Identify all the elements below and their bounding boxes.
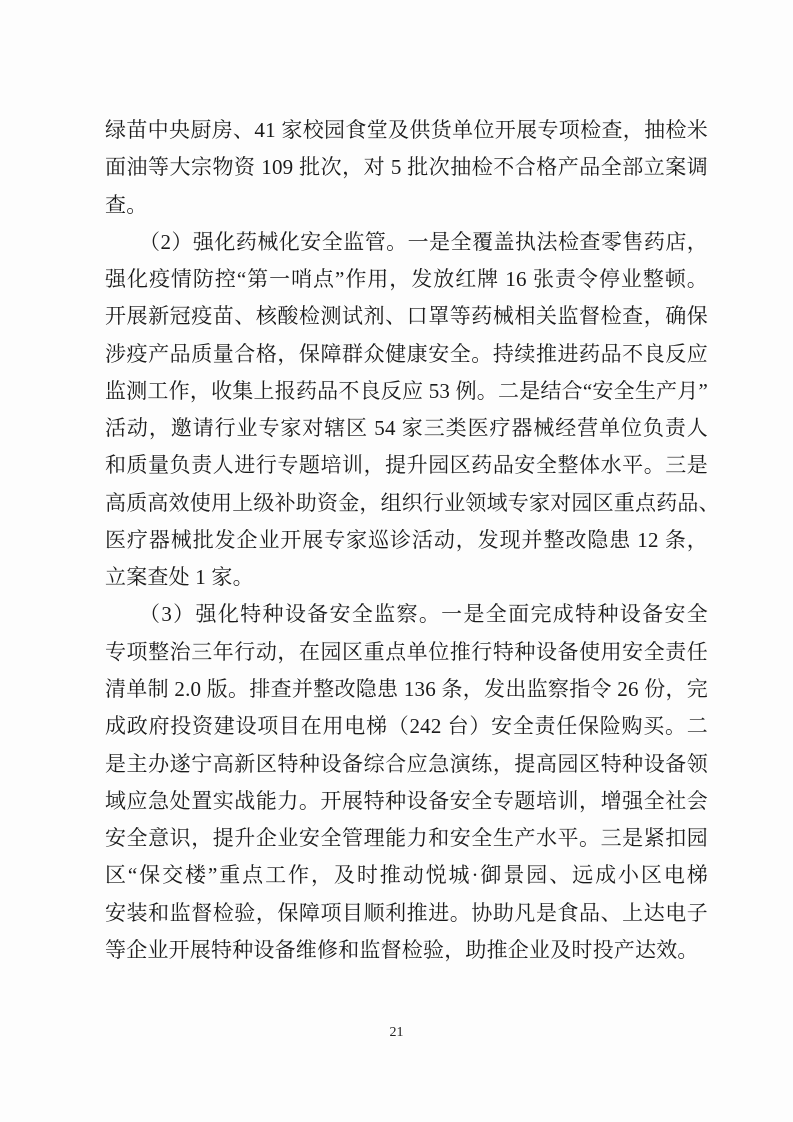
text-line: 域应急处置实战能力。开展特种设备安全专题培训，增强全社会 [105,783,708,820]
text-line: 医疗器械批发企业开展专家巡诊活动，发现并整改隐患 12 条， [105,522,708,559]
text-line: 立案查处 1 家。 [105,559,708,596]
text-line: 绿苗中央厨房、41 家校园食堂及供货单位开展专项检查，抽检米 [105,112,708,149]
text-line: 清单制 2.0 版。排查并整改隐患 136 条，发出监察指令 26 份，完 [105,671,708,708]
text-line: 涉疫产品质量合格，保障群众健康安全。持续推进药品不良反应 [105,336,708,373]
text-line: 安全意识，提升企业安全管理能力和安全生产水平。三是紧扣园 [105,820,708,857]
text-line: 监测工作，收集上报药品不良反应 53 例。二是结合“安全生产月” [105,373,708,410]
text-line: （2）强化药械化安全监管。一是全覆盖执法检查零售药店， [105,224,708,261]
text-line: 成政府投资建设项目在用电梯（242 台）安全责任保险购买。二 [105,708,708,745]
document-body: 绿苗中央厨房、41 家校园食堂及供货单位开展专项检查，抽检米 面油等大宗物资 1… [105,112,708,969]
paragraph: 绿苗中央厨房、41 家校园食堂及供货单位开展专项检查，抽检米 面油等大宗物资 1… [105,112,708,224]
text-line: 开展新冠疫苗、核酸检测试剂、口罩等药械相关监督检查，确保 [105,298,708,335]
page-number: 21 [0,1024,793,1042]
text-line: 活动，邀请行业专家对辖区 54 家三类医疗器械经营单位负责人 [105,410,708,447]
text-line: 区“保交楼”重点工作，及时推动悦城·御景园、远成小区电梯 [105,857,708,894]
document-page: 绿苗中央厨房、41 家校园食堂及供货单位开展专项检查，抽检米 面油等大宗物资 1… [0,0,793,1122]
text-line: 等企业开展特种设备维修和监督检验，助推企业及时投产达效。 [105,932,708,969]
text-line: 高质高效使用上级补助资金，组织行业领域专家对园区重点药品、 [105,485,708,522]
text-line: 专项整治三年行动，在园区重点单位推行特种设备使用安全责任 [105,634,708,671]
text-line: 强化疫情防控“第一哨点”作用，发放红牌 16 张责令停业整顿。 [105,261,708,298]
paragraph: （2）强化药械化安全监管。一是全覆盖执法检查零售药店， 强化疫情防控“第一哨点”… [105,224,708,597]
text-line: 和质量负责人进行专题培训，提升园区药品安全整体水平。三是 [105,447,708,484]
paragraph: （3）强化特种设备安全监察。一是全面完成特种设备安全 专项整治三年行动，在园区重… [105,596,708,969]
text-line: （3）强化特种设备安全监察。一是全面完成特种设备安全 [105,596,708,633]
text-line: 查。 [105,187,708,224]
text-line: 面油等大宗物资 109 批次，对 5 批次抽检不合格产品全部立案调 [105,149,708,186]
text-line: 安装和监督检验，保障项目顺利推进。协助凡是食品、上达电子 [105,895,708,932]
text-line: 是主办遂宁高新区特种设备综合应急演练，提高园区特种设备领 [105,746,708,783]
